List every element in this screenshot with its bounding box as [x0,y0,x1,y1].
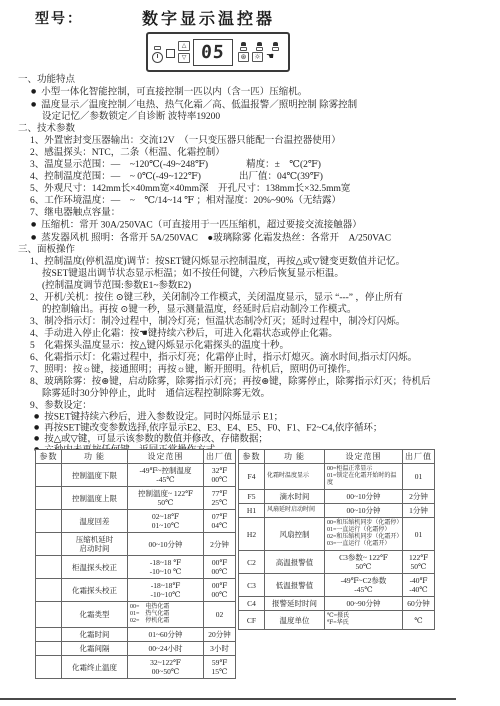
bullet-dot: ● [34,413,39,420]
alarm-indicator [272,42,279,51]
bullet-dot: ● [31,101,36,108]
doc-line: ●再按SET键改变参数选择,依序显示E2、E3、E4、E5、F0、F1、F2~C… [0,423,500,434]
doc-line-text: 5 化霜探头温度显示：按△键闪烁显示化霜探头的温度十秒。 [30,341,289,351]
table-cell-func: 滴水时间 [265,490,325,504]
doc-line: 2、开机/关机：按住 ⊙键三秒，关闭制冷工作模式，关闭温度显示，显示 “---”… [0,292,500,304]
doc-line: 4、手动进入停止化霜：按☚键持续六秒后，可进入化霜状态或停止化霜。 [0,328,500,340]
table-row: 控制温度上限控制温度~ 122℉50℃77℉25℃ [36,487,236,510]
table-cell-range: 00=和压缩机同步（化霜停）01=一直运行（化霜停）02=和压缩机同步（化霜开）… [325,518,403,551]
doc-line-text: 9、参数设定： [30,401,92,411]
table-cell-func: 低温报警值 [265,574,325,597]
table-row: C2高温报警值C3参数~ 122℉50℃122℉50℃ [239,551,435,574]
doc-line: 的控制输出。再按 ⊙键一秒，显示测量温度，经延时后启动制冷工作模式。 [0,304,500,316]
doc-line-text: 3、温度显示范围：— ~120℃(-49~248℉) 精度：± ℃(2℉) [30,160,321,170]
table-cell-func: 控制温度上限 [62,487,128,510]
doc-line: 5、外观尺寸：142mm长×40mm宽×40mm深 开孔尺寸：138mm长×32… [0,183,500,195]
table-cell-func: 报警延时时间 [265,597,325,611]
doc-line-text: 按△或▽键，可显示该参数的数值并修改、存储数据； [44,435,268,445]
hand-defrost-icon: ☚ [266,52,274,62]
doc-line: 5 化霜探头温度显示：按△键闪烁显示化霜探头的温度十秒。 [0,340,500,352]
doc-line-text: 6、化霜指示灯：化霜过程中，指示灯亮；化霜停止时，指示灯熄灭。滴水时间,指示灯闪… [30,353,417,363]
table-cell-code: H2 [239,518,265,551]
doc-line-text: 压缩机：常开 30A/250VAC（可直接用于一匹压缩机，超过要接交流接触器） [41,221,361,231]
table-cell-out: -40℉-40℃ [403,574,435,597]
doc-line-text: (控制温度调节范围:参数E1~参数E2) [42,281,191,291]
table-cell-out: 77℉25℃ [204,487,236,510]
table-cell-code [36,556,62,579]
lamp-button-icon: ☼ [252,52,263,62]
doc-line-text: 按SET键持续六秒后，进入参数设定。同时闪烁显示 E1； [44,413,283,423]
doc-line-text: 设定记忆／参数锁定／自诊断 波特率19200 [42,112,220,122]
doc-line-text: 蒸发器风机 照明：各常开 5A/250VAC ●玻璃除雾 化霜发热丝：各常开 A… [41,233,391,243]
table-cell-out: 01 [403,464,435,490]
table-cell-range: 00~10分钟 [325,504,403,518]
table-cell-func: 化霜间隔 [62,642,128,656]
doc-line-text: 三、面板操作 [18,245,75,255]
table-cell-func: 化霜探头校正 [62,579,128,602]
doc-line-text: 小型一体化智能控制，可直接控制一匹以内（含一匹）压缩机。 [41,88,307,98]
table-cell-range: -18~18℉-10~10℃ [128,579,204,602]
table-header-cell: 功 能 [62,450,128,464]
table-header-row: 参数功 能设定范围出厂值 [239,450,435,464]
table-header-cell: 出厂值 [204,450,236,464]
doc-line-text: 4、手动进入停止化霜：按☚键持续六秒后，可进入化霜状态或停止化霜。 [30,329,338,339]
updown-keys: △ ▽ [178,41,190,63]
table-row: H1风扇延时启动时间00~10分钟1分钟 [239,504,435,518]
doc-line: 7、照明：按☼键，接通照明；再按☼键，断开照明。待机后，照明仍可操作。 [0,364,500,376]
doc-line: 7、继电器触点容量： [0,207,500,219]
indicator-cluster: ⊛ ☼ ☚ [238,42,279,62]
table-header-cell: 设定范围 [128,450,204,464]
doc-line: 1、外置密封变压器输出：交流12V （一只变压器只能配一台温控器使用） [0,135,500,147]
doc-line-text: 1、外置密封变压器输出：交流12V （一只变压器只能配一台温控器使用） [30,136,341,146]
table-cell-range: 32~122℉00~50℃ [128,656,204,679]
table-cell-func: 化霜时间 [62,628,128,642]
table-cell-func: 温度回差 [62,510,128,533]
defrost-icon [257,42,262,46]
table-cell-code [36,487,62,510]
table-cell-code [36,579,62,602]
table-cell-code [36,628,62,642]
table-row: H2风扇控制00=和压缩机同步（化霜停）01=一直运行（化霜停）02=和压缩机同… [239,518,435,551]
doc-line: 三、面板操作 [0,244,500,256]
down-arrow-icon: ▽ [178,53,190,63]
body-text: 一、功能特点●小型一体化智能控制，可直接控制一匹以内（含一匹）压缩机。●温度显示… [0,74,500,456]
table-cell-range: 00~24小时 [128,642,204,656]
doc-line: 4、控制温度范围：— ~ 0℃(-49~122℉) 出厂值：04℃(39℉) [0,171,500,183]
table-row: F4化霜时温度显示00=柜温正常显示01=锁定在化霜开始时的温度01 [239,464,435,490]
doc-line: 一、功能特点 [0,74,500,86]
table-row: 压缩机延时启动时间00~10分钟2分钟 [36,533,236,556]
table-cell-func: 风扇延时启动时间 [265,504,325,518]
bullet-dot: ● [34,435,39,442]
doc-line-text: 4、控制温度范围：— ~ 0℃(-49~122℉) 出厂值：04℃(39℉) [30,172,323,182]
table-cell-range: 00~10分钟 [325,490,403,504]
table-cell-range: ℃=摄氏℉=华氏 [325,611,403,630]
doc-line-text: 2、感温探头：NTC，二条（柜温、化霜控制） [30,148,225,158]
doc-line-text: 3、制冷指示灯：制冷过程中，制冷灯亮；恒温状态制冷灯灭；延时过程中，制冷灯闪烁。 [30,317,405,327]
table-row: 化霜间隔00~24小时3小时 [36,642,236,656]
table-cell-func: 化霜时温度显示 [265,464,325,490]
doc-line: 9、参数设定： [0,400,500,412]
table-header-row: 参数功 能设定范围出厂值 [36,450,236,464]
doc-line: ●按△或▽键，可显示该参数的数值并修改、存储数据； [0,434,500,445]
doc-line-text: 1、控制温度(停机温度)调节：按SET键闪烁显示控制温度，再按△或▽键变更数值并… [30,257,405,267]
table-cell-out: 01 [403,518,435,551]
doc-line-text: 的控制输出。再按 ⊙键一秒，显示测量温度，经延时后启动制冷工作模式。 [42,305,356,315]
doc-line: ●小型一体化智能控制，可直接控制一匹以内（含一匹）压缩机。 [0,86,500,99]
table-header-cell: 设定范围 [325,450,403,464]
set-button-icon [166,49,175,58]
table-cell-out: 2分钟 [403,490,435,504]
table-cell-func: 风扇控制 [265,518,325,551]
doc-line: ●蒸发器风机 照明：各常开 5A/250VAC ●玻璃除雾 化霜发热丝：各常开 … [0,232,500,245]
compressor-icon [241,42,246,46]
model-label: 型号： [35,8,83,28]
doc-line-text: 除雾延时30分钟停止，此时 通信远程控制除雾无效。 [42,389,270,399]
doc-line-text: 按SET键退出调节状态显示柜温；如不按任何键，六秒后恢复显示柜温。 [42,269,344,279]
table-row: 化霜探头校正-18~18℉-10~10℃00℉00℃ [36,579,236,602]
table-row: CF温度单位℃=摄氏℉=华氏℃ [239,611,435,630]
doc-line: 6、化霜指示灯：化霜过程中，指示灯亮；化霜停止时，指示灯熄灭。滴水时间,指示灯闪… [0,352,500,364]
doc-line: ●按SET键持续六秒后，进入参数设定。同时闪烁显示 E1； [0,412,500,423]
table-cell-range: -49℉~C2参数-45℃ [325,574,403,597]
table-header-cell: 参数 [36,450,62,464]
table-cell-code [36,464,62,487]
table-cell-out: 3小时 [204,642,236,656]
compressor-indicator [240,42,247,51]
doc-line-text: 2、开机/关机：按住 ⊙键三秒，关闭制冷工作模式，关闭温度显示，显示 “---”… [30,293,403,303]
table-cell-range: 00= 电热化霜01= 热气化霜02= 停机化霜 [128,602,204,628]
bullet-dot: ● [31,88,36,95]
left-param-table: 参数功 能设定范围出厂值控制温度下限-49℉~控制温度-45℃32℉00℃控制温… [35,449,236,679]
table-cell-code [36,656,62,679]
table-cell-out: 07℉04℃ [204,510,236,533]
doc-line: 除雾延时30分钟停止，此时 通信远程控制除雾无效。 [0,388,500,400]
table-cell-func: 柜温探头校正 [62,556,128,579]
up-arrow-icon: △ [178,41,190,51]
table-cell-out: 02 [204,602,236,628]
table-cell-out: 20分钟 [204,628,236,642]
table-cell-out: 32℉00℃ [204,464,236,487]
table-cell-func: 温度单位 [265,611,325,630]
bullet-dot: ● [31,221,36,228]
table-row: F5滴水时间00~10分钟2分钟 [239,490,435,504]
table-cell-out: 59℉15℃ [204,656,236,679]
table-cell-code: F5 [239,490,265,504]
table-cell-out: 60分钟 [403,597,435,611]
doc-line: 3、温度显示范围：— ~120℃(-49~248℉) 精度：± ℃(2℉) [0,159,500,171]
table-cell-range: 00=柜温正常显示01=锁定在化霜开始时的温度 [325,464,403,490]
table-cell-code: C4 [239,597,265,611]
doc-line-text: 6、工作环境温度：— ~ ℃/14~14 ℉ ；相对湿度：20%~90%（无结露… [30,196,341,206]
control-panel-figure: △ ▽ 05 ⊛ ☼ ☚ [146,32,290,72]
doc-line-text: 7、照明：按☼键，接通照明；再按☼键，断开照明。待机后，照明仍可操作。 [30,365,356,375]
table-header-cell: 出厂值 [403,450,435,464]
table-cell-code: F4 [239,464,265,490]
doc-line-text: 5、外观尺寸：142mm长×40mm宽×40mm深 开孔尺寸：138mm长×32… [30,184,350,194]
doc-line: 1、控制温度(停机温度)调节：按SET键闪烁显示控制温度，再按△或▽键变更数值并… [0,256,500,268]
table-cell-out: 00℉00℃ [204,556,236,579]
table-cell-range: 控制温度~ 122℉50℃ [128,487,204,510]
table-cell-code [36,602,62,628]
right-param-table: 参数功 能设定范围出厂值F4化霜时温度显示00=柜温正常显示01=锁定在化霜开始… [238,449,435,630]
doc-line-text: 8、玻璃除雾：按⊛键，启动除雾，除雾指示灯亮；再按⊛键，除雾停止，除雾指示灯灭；… [30,377,431,387]
table-row: 柜温探头校正-18~18 ℉-10~10 ℃00℉00℃ [36,556,236,579]
table-cell-func: 高温报警值 [265,551,325,574]
table-cell-out: 122℉50℃ [403,551,435,574]
table-cell-func: 化霜终止温度 [62,656,128,679]
doc-line: 8、玻璃除雾：按⊛键，启动除雾，除雾指示灯亮；再按⊛键，除雾停止，除雾指示灯灭；… [0,376,500,388]
display-value: 05 [200,42,225,63]
footer-rule [0,698,456,700]
table-cell-code: C3 [239,574,265,597]
table-row: 温度回差02~18℉01~10℃07℉04℃ [36,510,236,533]
table-cell-out: 1分钟 [403,504,435,518]
table-cell-range: C3参数~ 122℉50℃ [325,551,403,574]
table-cell-code: C2 [239,551,265,574]
table-cell-range: 00~90分钟 [325,597,403,611]
table-cell-out: 00℉00℃ [204,579,236,602]
doc-line: 3、制冷指示灯：制冷过程中，制冷灯亮；恒温状态制冷灯灭；延时过程中，制冷灯闪烁。 [0,316,500,328]
table-cell-code [36,533,62,556]
doc-line: ●压缩机：常开 30A/250VAC（可直接用于一匹压缩机，超过要接交流接触器） [0,219,500,232]
table-header-cell: 功 能 [265,450,325,464]
doc-line-text: 一、功能特点 [18,75,75,85]
table-cell-range: -49℉~控制温度-45℃ [128,464,204,487]
table-row: 控制温度下限-49℉~控制温度-45℃32℉00℃ [36,464,236,487]
table-cell-code [36,510,62,533]
page-title: 数字显示温控器 [142,6,275,29]
table-cell-range: 02~18℉01~10℃ [128,510,204,533]
doc-line-text: 二、技术参数 [18,124,75,134]
doc-line: 二、技术参数 [0,123,500,135]
table-cell-range: -18~18 ℉-10~10 ℃ [128,556,204,579]
table-cell-func: 控制温度下限 [62,464,128,487]
table-row: C3低温报警值-49℉~C2参数-45℃-40℉-40℃ [239,574,435,597]
doc-line-text: 温度显示／温度控制／电热、热气化霜／高、低温报警／照明控制 除雾控制 [41,100,357,110]
doc-line: ●温度显示／温度控制／电热、热气化霜／高、低温报警／照明控制 除雾控制 [0,99,500,112]
table-row: 化霜时间01~60分钟20分钟 [36,628,236,642]
table-cell-range: 01~60分钟 [128,628,204,642]
table-cell-out: ℃ [403,611,435,630]
defrost-indicator [256,42,263,51]
document-page: { "header": { "model_label": "型号：", "tit… [0,0,500,706]
table-cell-func: 压缩机延时启动时间 [62,533,128,556]
doc-line: 6、工作环境温度：— ~ ℃/14~14 ℉ ；相对湿度：20%~90%（无结露… [0,195,500,207]
bullet-dot: ● [34,424,39,431]
table-row: C4报警延时时间00~90分钟60分钟 [239,597,435,611]
table-row: 化霜类型00= 电热化霜01= 热气化霜02= 停机化霜02 [36,602,236,628]
table-row: 化霜终止温度32~122℉00~50℃59℉15℃ [36,656,236,679]
doc-line: 2、感温探头：NTC，二条（柜温、化霜控制） [0,147,500,159]
table-cell-code [36,642,62,656]
table-cell-code: H1 [239,504,265,518]
power-led [154,46,161,50]
table-cell-func: 化霜类型 [62,602,128,628]
table-header-cell: 参数 [239,450,265,464]
power-icon [152,52,163,63]
power-group [152,46,163,63]
bullet-dot: ● [31,234,36,241]
seven-segment-display: 05 [193,39,233,66]
table-cell-out: 2分钟 [204,533,236,556]
doc-line: 设定记忆／参数锁定／自诊断 波特率19200 [0,111,500,123]
doc-line-text: 再按SET键改变参数选择,依序显示E2、E3、E4、E5、F0、F1、F2~C4… [44,424,382,434]
defog-button-icon: ⊛ [238,52,249,62]
doc-line: 按SET键退出调节状态显示柜温；如不按任何键，六秒后恢复显示柜温。 [0,268,500,280]
table-cell-code: CF [239,611,265,630]
doc-line-text: 7、继电器触点容量： [30,208,120,218]
alarm-icon [273,42,278,46]
doc-line: (控制温度调节范围:参数E1~参数E2) [0,280,500,292]
table-cell-range: 00~10分钟 [128,533,204,556]
